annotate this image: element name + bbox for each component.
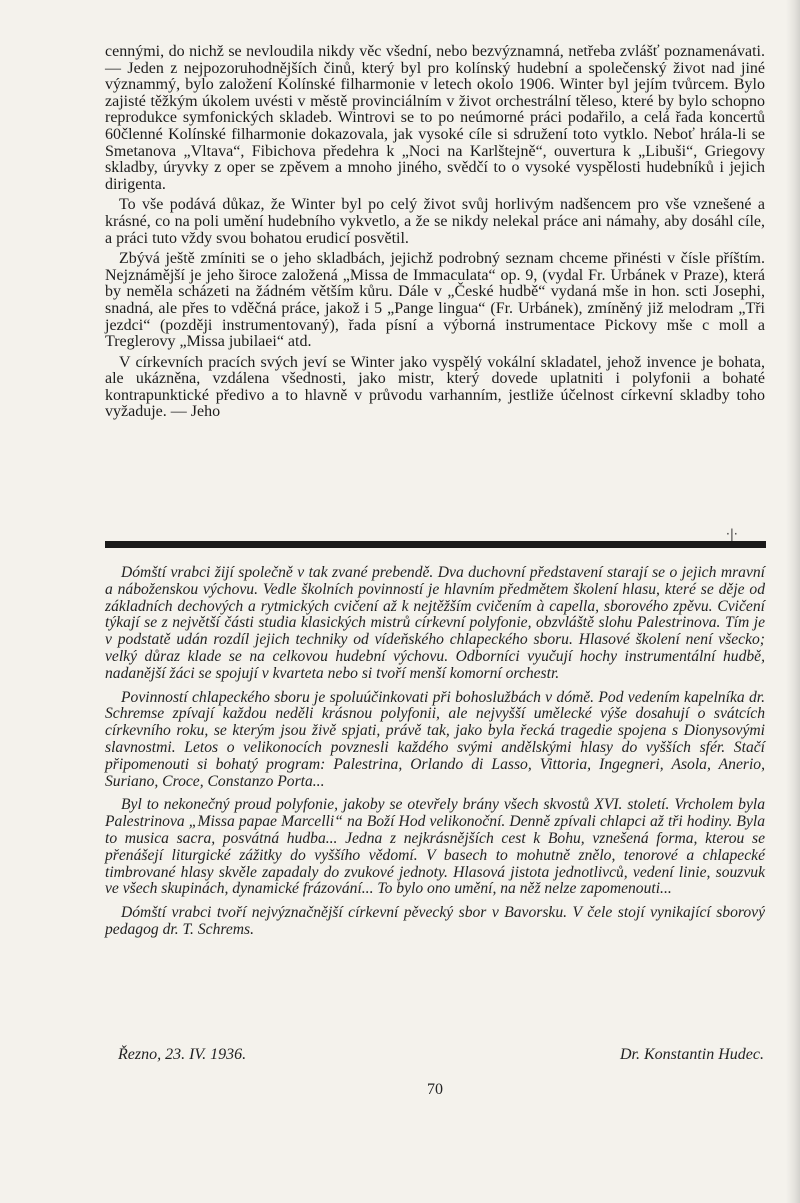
page-edge-shadow [786, 0, 800, 1203]
insert-paragraph: Dómští vrabci žijí společně v tak zvané … [105, 565, 765, 683]
insert-paragraph: Byl to nekonečný proud polyfonie, jakoby… [105, 797, 765, 898]
insert-paragraph: Dómští vrabci tvoří nejvýznačnější círke… [105, 905, 765, 939]
article-body: cennými, do nichž se nevloudila nikdy vě… [105, 44, 765, 421]
place-date: Řezno, 23. IV. 1936. [118, 1046, 246, 1064]
section-divider-rule [105, 541, 766, 548]
continuation-marker: ·|· [726, 527, 738, 541]
body-paragraph: cennými, do nichž se nevloudila nikdy vě… [105, 44, 765, 193]
author-signature: Dr. Konstantin Hudec. [620, 1046, 764, 1064]
body-paragraph: Zbývá ještě zmíniti se o jeho skladbách,… [105, 251, 765, 351]
italic-insert-section: Dómští vrabci žijí společně v tak zvané … [105, 565, 765, 939]
body-paragraph: To vše podává důkaz, že Winter byl po ce… [105, 197, 765, 247]
signature-row: Řezno, 23. IV. 1936. Dr. Konstantin Hude… [118, 1046, 764, 1064]
insert-paragraph: Povinností chlapeckého sboru je spoluúči… [105, 690, 765, 791]
body-paragraph: V církevních pracích svých jeví se Winte… [105, 355, 765, 421]
page-number: 70 [0, 1081, 800, 1099]
